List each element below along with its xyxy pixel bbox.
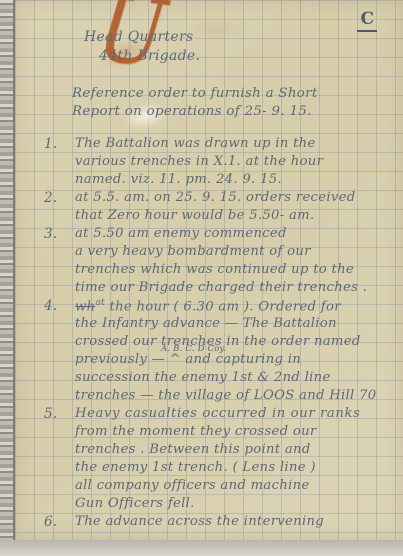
item-line: a very heavy bombardment of our — [75, 244, 367, 262]
item-number: 5. — [44, 406, 75, 514]
header-line: Head Quarters — [84, 29, 200, 48]
torn-paper-edge — [0, 0, 15, 545]
item-line: from the moment they crossed our — [75, 424, 360, 442]
intro-line: Report on operations of 25- 9. 15. — [72, 104, 318, 122]
item-line: succession the enemy 1st & 2nd line — [75, 370, 376, 388]
report-item: 1. The Battalion was drawn up in the var… — [44, 136, 376, 190]
report-item: 4. what the hour ( 6.30 am ). Ordered fo… — [44, 298, 376, 406]
item-line: the enemy 1st trench. ( Lens line ) — [75, 460, 360, 478]
item-number: 4. — [44, 298, 75, 406]
item-line: The advance across the intervening — [75, 514, 324, 532]
item-line: all company officers and machine — [75, 478, 360, 496]
report-body: 1. The Battalion was drawn up in the var… — [44, 136, 376, 532]
item-number: 6. — [44, 514, 75, 532]
item-line: named. viz. 11. pm. 24. 9. 15. — [75, 172, 323, 190]
item-line: The Battalion was drawn up in the — [75, 136, 323, 154]
item-line: various trenches in X.1. at the hour — [75, 154, 323, 172]
document-header: Head Quarters 44th Brigade. — [84, 29, 200, 67]
struck-word: wh — [75, 299, 95, 314]
report-item: 2. at 5.5. am. on 25. 9. 15. orders rece… — [44, 190, 376, 226]
insertion-note: A. B. C. D Coy. — [161, 344, 226, 354]
report-item: 3. at 5.50 am enemy commenced a very hea… — [44, 226, 376, 298]
item-number: 2. — [44, 190, 75, 226]
item-line: Heavy casualties occurred in our ranks — [75, 406, 360, 424]
item-line: what the hour ( 6.30 am ). Ordered for — [75, 298, 376, 316]
item-line: at 5.50 am enemy commenced — [75, 226, 367, 244]
item-line: trenches . Between this point and — [75, 442, 360, 460]
inserted-word: at — [95, 298, 105, 308]
item-number: 3. — [44, 226, 75, 298]
item-line: trenches — the village of LOOS and Hill … — [75, 388, 376, 406]
item-line: at 5.5. am. on 25. 9. 15. orders receive… — [75, 190, 355, 208]
item-line: Gun Officers fell. — [75, 496, 360, 514]
report-item: 6. The advance across the intervening — [44, 514, 376, 532]
document-intro: Reference order to furnish a Short Repor… — [72, 86, 318, 122]
item-line: time our Brigade charged their trenches … — [75, 280, 367, 298]
scan-background — [0, 540, 403, 556]
item-line: A. B. C. D Coy.previously — ^ and captur… — [75, 352, 376, 370]
item-line: the Infantry advance — The Battalion — [75, 316, 376, 334]
item-number: 1. — [44, 136, 75, 190]
report-item: 5. Heavy casualties occurred in our rank… — [44, 406, 376, 514]
item-line: trenches which was continued up to the — [75, 262, 367, 280]
item-line: that Zero hour would be 5.50- am. — [75, 208, 355, 226]
header-line: 44th Brigade. — [84, 48, 200, 67]
corner-letter-mark: C — [357, 9, 377, 32]
intro-line: Reference order to furnish a Short — [72, 86, 318, 104]
